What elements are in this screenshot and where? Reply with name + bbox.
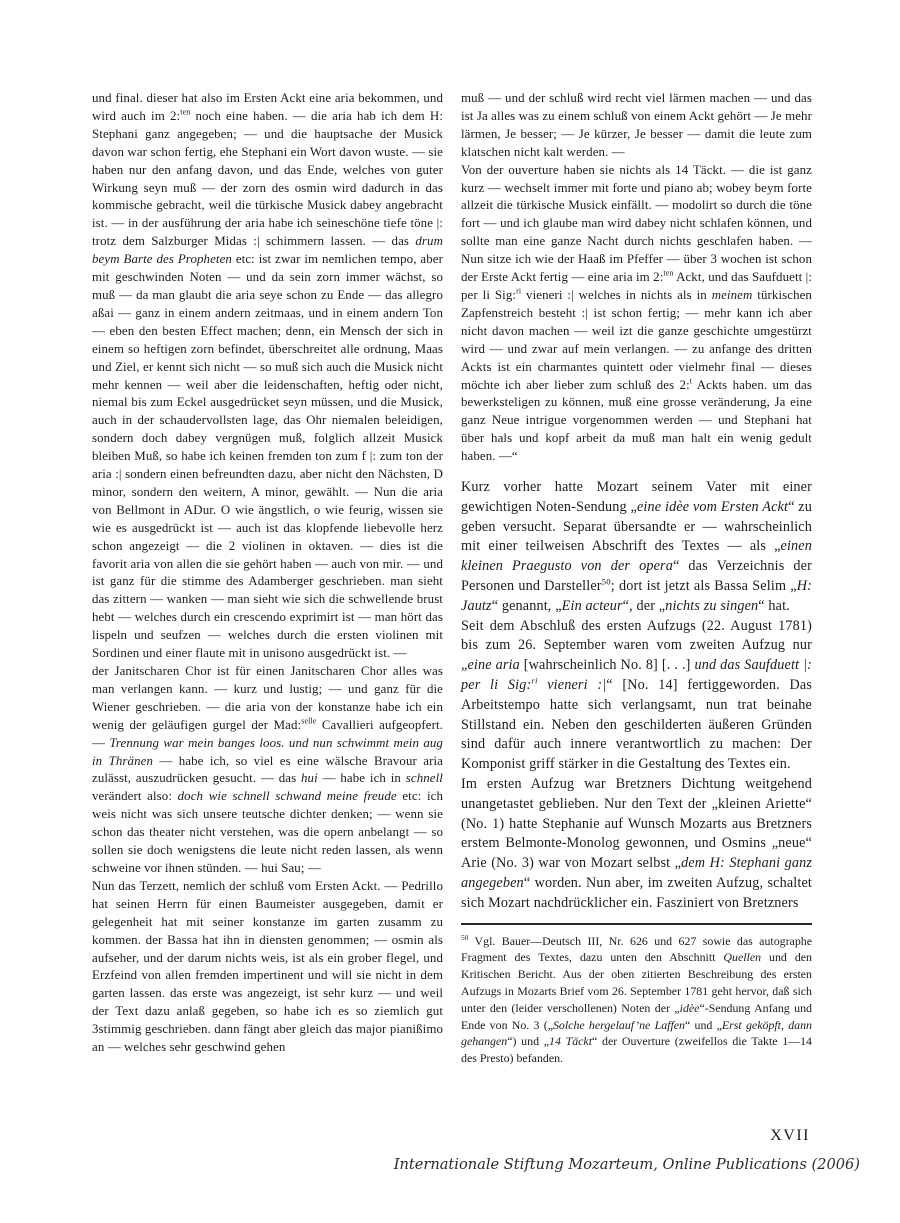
editorial-paragraph: Seit dem Abschluß des ersten Aufzugs (22… <box>461 617 812 775</box>
letter-continuation: muß — und der schluß wird recht viel lär… <box>461 90 812 466</box>
letter-paragraph: Von der ouverture haben sie nichts als 1… <box>461 162 812 466</box>
left-column: und final. dieser hat also im Ersten Ack… <box>92 90 443 1067</box>
letter-paragraph: muß — und der schluß wird recht viel lär… <box>461 90 812 162</box>
book-page: und final. dieser hat also im Ersten Ack… <box>92 90 812 1067</box>
publication-credit: Internationale Stiftung Mozarteum, Onlin… <box>0 1156 860 1173</box>
footnote-divider <box>461 923 812 925</box>
editorial-commentary: Kurz vorher hatte Mozart seinem Vater mi… <box>461 478 812 914</box>
right-column: muß — und der schluß wird recht viel lär… <box>461 90 812 1067</box>
two-column-layout: und final. dieser hat also im Ersten Ack… <box>92 90 812 1067</box>
editorial-paragraph: Kurz vorher hatte Mozart seinem Vater mi… <box>461 478 812 617</box>
page-number: XVII <box>92 1127 810 1145</box>
footnote-50: 50 Vgl. Bauer—Deutsch III, Nr. 626 und 6… <box>461 933 812 1067</box>
letter-paragraph: der Janitscharen Chor ist für einen Jani… <box>92 663 443 878</box>
letter-paragraph: Nun das Terzett, nemlich der schluß vom … <box>92 878 443 1057</box>
letter-paragraph: und final. dieser hat also im Ersten Ack… <box>92 90 443 663</box>
editorial-paragraph: Im ersten Aufzug war Bretzners Dichtung … <box>461 775 812 914</box>
